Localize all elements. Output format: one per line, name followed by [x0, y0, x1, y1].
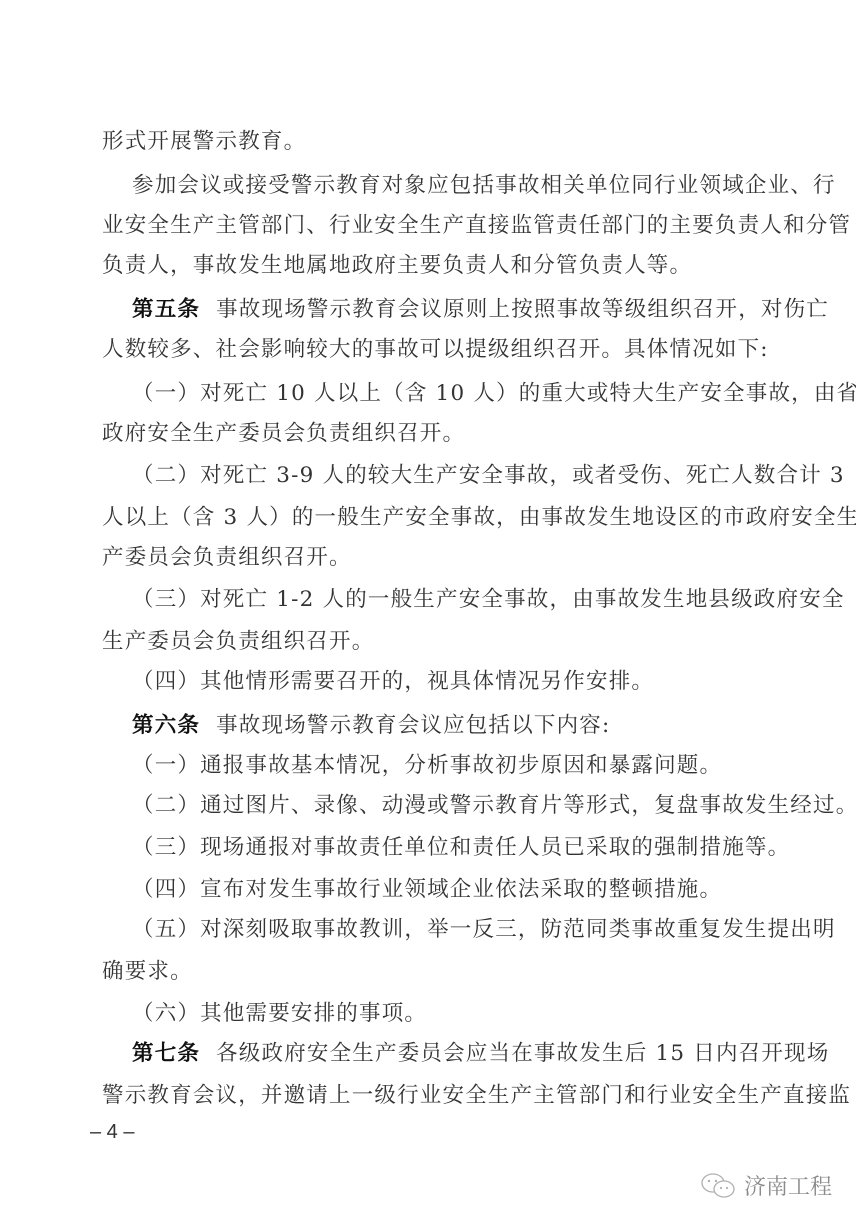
- list-item: （六）其他需要安排的事项。: [132, 1000, 792, 1028]
- article-heading: 第七条: [132, 1041, 200, 1066]
- list-item: （二）通过图片、录像、动漫或警示教育片等形式，复盘事故发生经过。: [132, 792, 792, 820]
- paragraph-line: 负责人，事故发生地属地政府主要负责人和分管负责人等。: [102, 252, 762, 280]
- watermark: 济南工程: [700, 1170, 832, 1201]
- list-item: （五）对深刻吸取事故教训，举一反三，防范同类事故重复发生提出明: [132, 916, 792, 944]
- article-7-line: 第七条各级政府安全生产委员会应当在事故发生后 15 日内召开现场: [132, 1040, 792, 1068]
- page-number: – 4 –: [90, 1121, 134, 1144]
- paragraph-line: 人数较多、社会影响较大的事故可以提级组织召开。具体情况如下:: [102, 336, 762, 364]
- article-text: 事故现场警示教育会议应包括以下内容:: [216, 713, 610, 738]
- article-text: 事故现场警示教育会议原则上按照事故等级组织召开，对伤亡: [216, 297, 829, 322]
- article-6-line: 第六条事故现场警示教育会议应包括以下内容:: [132, 712, 792, 740]
- watermark-text: 济南工程: [744, 1170, 832, 1201]
- article-5-line: 第五条事故现场警示教育会议原则上按照事故等级组织召开，对伤亡: [132, 296, 792, 324]
- paragraph-line: 业安全生产主管部门、行业安全生产直接监管责任部门的主要负责人和分管: [102, 212, 762, 240]
- article-heading: 第六条: [132, 713, 200, 738]
- paragraph-line: 生产委员会负责组织召开。: [102, 628, 762, 656]
- article-heading: 第五条: [132, 297, 200, 322]
- paragraph-line: 确要求。: [102, 958, 762, 986]
- list-item: （四）宣布对发生事故行业领域企业依法采取的整顿措施。: [132, 876, 792, 904]
- list-item: （二）对死亡 3-9 人的较大生产安全事故，或者受伤、死亡人数合计 3: [132, 462, 792, 490]
- article-text: 各级政府安全生产委员会应当在事故发生后 15 日内召开现场: [216, 1041, 829, 1066]
- paragraph-line: 政府安全生产委员会负责组织召开。: [102, 420, 762, 448]
- wechat-icon: [700, 1172, 738, 1200]
- paragraph-line: 警示教育会议，并邀请上一级行业安全生产主管部门和行业安全生产直接监: [102, 1082, 762, 1110]
- paragraph-line: 产委员会负责组织召开。: [102, 544, 762, 572]
- paragraph-line: 参加会议或接受警示教育对象应包括事故相关单位同行业领域企业、行: [132, 172, 792, 200]
- list-item: （三）对死亡 1-2 人的一般生产安全事故，由事故发生地县级政府安全: [132, 586, 792, 614]
- document-page: 形式开展警示教育。 参加会议或接受警示教育对象应包括事故相关单位同行业领域企业、…: [0, 0, 856, 1225]
- list-item: （三）现场通报对事故责任单位和责任人员已采取的强制措施等。: [132, 834, 792, 862]
- paragraph-line: 人以上（含 3 人）的一般生产安全事故，由事故发生地设区的市政府安全生: [102, 504, 762, 532]
- paragraph-line: 形式开展警示教育。: [102, 128, 762, 156]
- list-item: （一）对死亡 10 人以上（含 10 人）的重大或特大生产安全事故，由省: [132, 380, 792, 408]
- list-item: （四）其他情形需要召开的，视具体情况另作安排。: [132, 668, 792, 696]
- list-item: （一）通报事故基本情况，分析事故初步原因和暴露问题。: [132, 752, 792, 780]
